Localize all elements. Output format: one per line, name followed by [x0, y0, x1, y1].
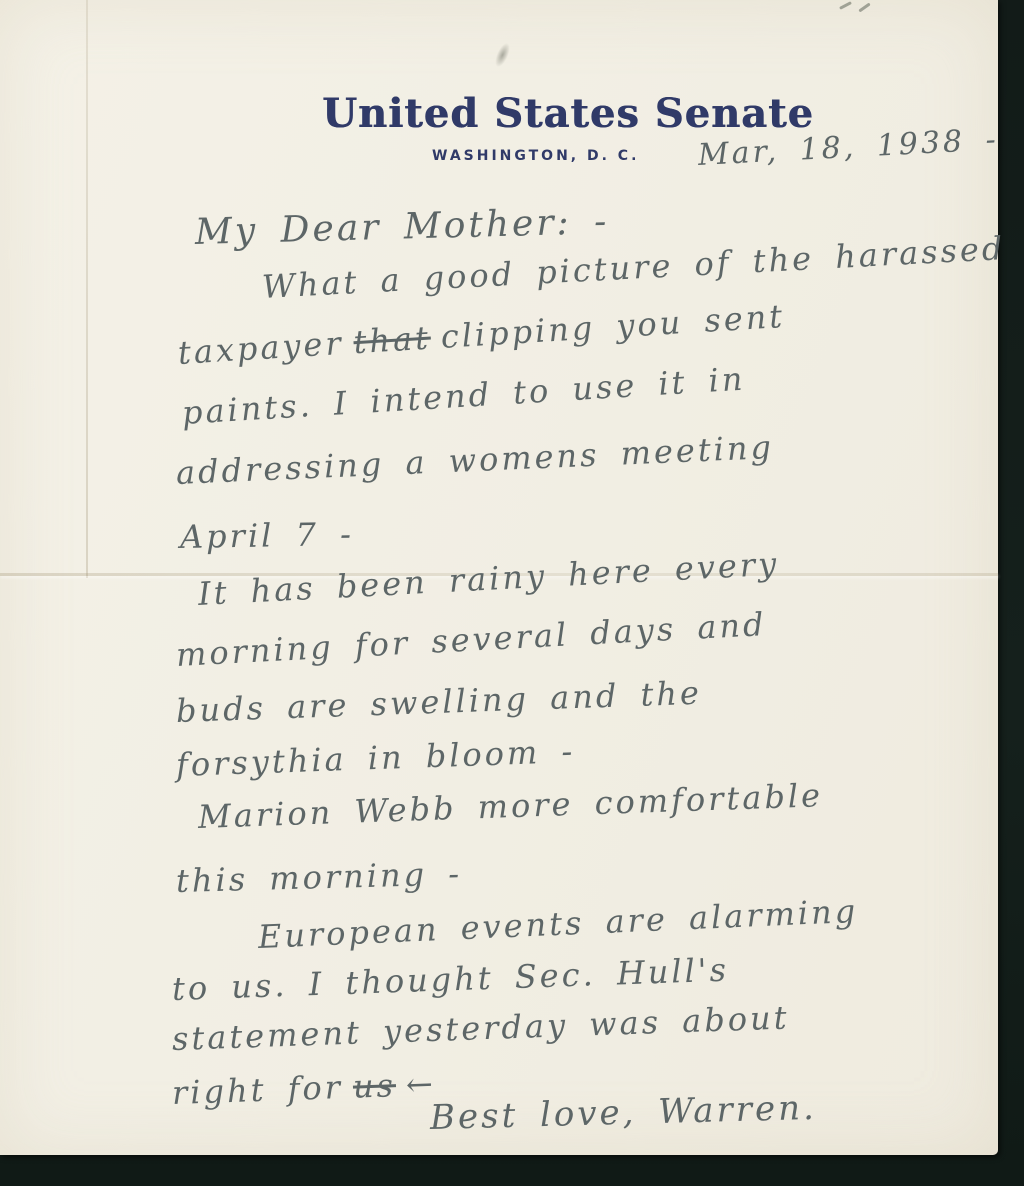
letter-line: morning for several days and — [175, 605, 767, 674]
line-text: clipping you sent — [440, 297, 786, 356]
letter-line: to us. I thought Sec. Hull's — [171, 951, 729, 1008]
letter-line: April 7 - — [180, 515, 355, 556]
stray-pencil-mark — [858, 3, 870, 13]
fold-crease-vertical — [86, 0, 88, 578]
stray-pencil-mark — [839, 1, 852, 10]
letter-line: paints. I intend to use it in — [181, 360, 747, 432]
letter-line-with-correction: right forus← — [171, 1064, 446, 1112]
scan-background: United States Senate WASHINGTON, D. C. M… — [0, 0, 1024, 1186]
letter-paper: United States Senate WASHINGTON, D. C. M… — [0, 0, 998, 1155]
struck-word: that — [352, 319, 432, 362]
letter-line: addressing a womens meeting — [175, 428, 775, 492]
letter-line: European events are alarming — [257, 892, 859, 956]
line-text: taxpayer — [177, 324, 345, 372]
letterhead-subtitle: WASHINGTON, D. C. — [432, 148, 639, 164]
letterhead-title: United States Senate — [322, 90, 814, 137]
letter-line: statement yesterday was about — [171, 998, 790, 1058]
letter-line: buds are swelling and the — [175, 674, 702, 730]
letter-line-with-correction: taxpayerthatclipping you sent — [177, 296, 796, 372]
struck-word: us — [352, 1066, 396, 1105]
signature-line: Best love, Warren. — [429, 1088, 817, 1138]
letter-line: Marion Webb more comfortable — [197, 776, 823, 836]
salutation-line: My Dear Mother: - — [194, 201, 609, 253]
letter-line: It has been rainy here every — [197, 545, 780, 613]
line-text: right for — [171, 1068, 343, 1112]
letter-line: this morning - — [176, 855, 463, 900]
letter-line: forsythia in bloom - — [175, 732, 576, 784]
smudge-mark — [492, 41, 513, 69]
